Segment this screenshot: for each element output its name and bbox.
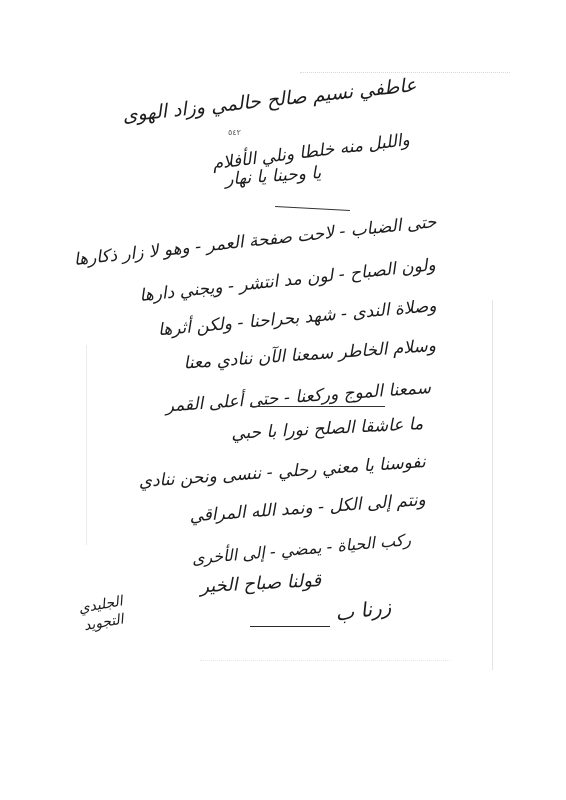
- signature-right: زرنا ب: [333, 594, 392, 626]
- scan-edge: [492, 300, 493, 670]
- scan-noise: [200, 660, 450, 662]
- handwritten-line: وسلام الخاطر سمعنا الآن ننادي معنا: [183, 336, 437, 374]
- signature-dash: [250, 626, 330, 627]
- handwritten-line: ما عاشقا الصلح نورا با حبي: [231, 414, 424, 444]
- underline-stroke: [250, 406, 385, 407]
- scan-edge: [86, 345, 87, 545]
- handwritten-line: قولنا صباح الخير: [200, 570, 322, 597]
- handwritten-line: سمعنا الموج وركعنا - حتى أعلى القمر: [165, 378, 432, 416]
- handwritten-line: ولون الصباح - لون مد انتشر - ويجني دارها: [139, 255, 437, 306]
- handwritten-line: ونتم إلى الكل - ونمد الله المراقي: [189, 490, 426, 526]
- handwritten-line: وصلاة الندى - شهد بحراحنا - ولكن أثرها: [157, 296, 437, 340]
- scanned-page: ٥٤٢ عاطفي نسيم صالح حالمي وزاد الهوى وال…: [0, 0, 566, 800]
- handwritten-line: عاطفي نسيم صالح حالمي وزاد الهوى: [121, 74, 417, 127]
- margin-mark: ٥٤٢: [228, 128, 241, 137]
- signature-left: الجليدي التجويد: [77, 592, 127, 635]
- scan-noise: [300, 72, 510, 74]
- handwritten-line: ركب الحياة - يمضي - إلى الأخرى: [191, 530, 412, 568]
- handwritten-line: نفوسنا يا معني رحلي - ننسى ونحن ننادي: [138, 452, 426, 492]
- underline-stroke: [275, 206, 350, 211]
